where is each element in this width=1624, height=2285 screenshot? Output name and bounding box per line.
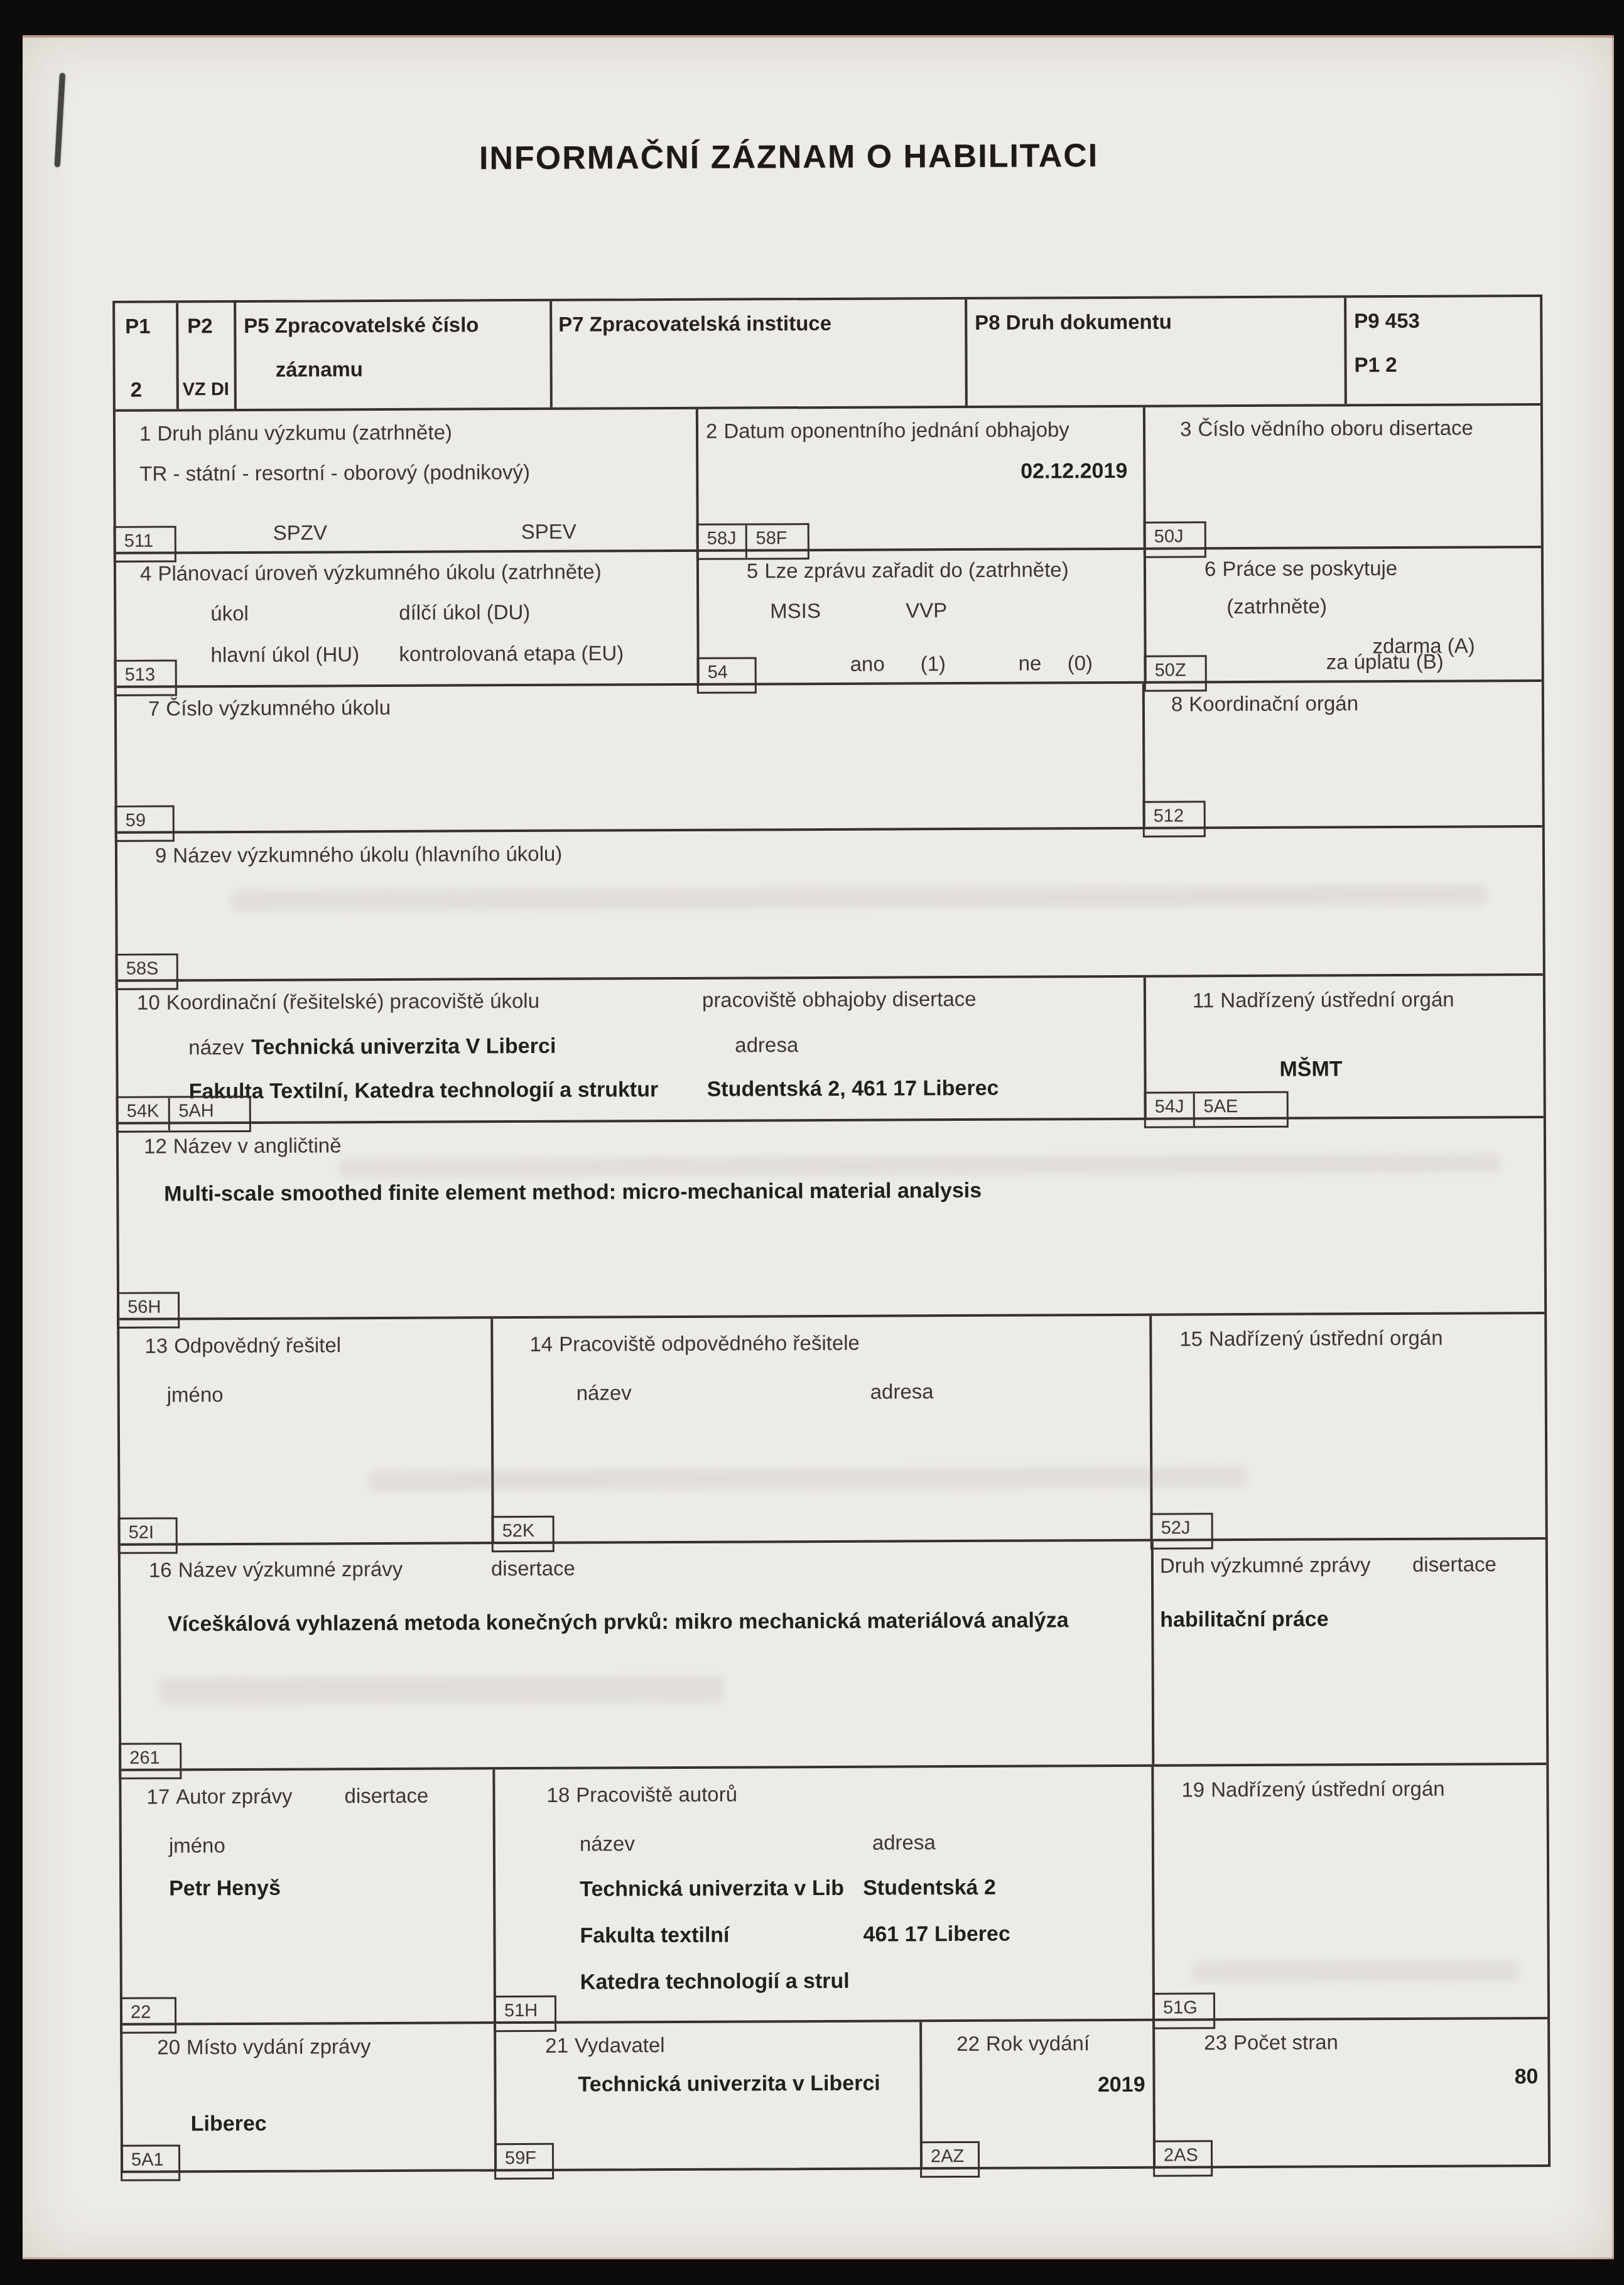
field-21-value: Technická univerzita v Liberci xyxy=(578,2072,880,2097)
field-5-ano-value: (1) xyxy=(921,652,946,676)
form-table: P1 2 P2 VZ DI P5 Zpracovatelské číslo zá… xyxy=(112,294,1551,2173)
field-5-ano-label: ano xyxy=(850,652,885,676)
field-23: 23Počet stran 80 2AS xyxy=(1155,2019,1548,2166)
field-6-number: 6 xyxy=(1204,557,1216,580)
header-cell-p7: P7 Zpracovatelská instituce xyxy=(552,300,968,408)
field-16-sublabel: disertace xyxy=(491,1557,575,1581)
field-17-label: Autor zprávy xyxy=(176,1785,292,1808)
field-10-number: 10 xyxy=(137,991,160,1014)
field-5-title: 5Lze zprávu zařadit do (zatrhněte) xyxy=(747,558,1069,583)
field-20-code-box: 5A1 xyxy=(121,2144,180,2181)
field-16-number: 16 xyxy=(149,1558,172,1581)
row-fields-7-8: 7Číslo výzkumného úkolu 59 8Koordinační … xyxy=(117,682,1542,834)
field-10-label: Koordinační (řešitelské) pracoviště úkol… xyxy=(166,989,539,1014)
field-18-adresa2-value: 461 17 Liberec xyxy=(863,1922,1010,1947)
field-12-number: 12 xyxy=(144,1135,167,1158)
field-1-opt-spev: SPEV xyxy=(521,520,577,544)
field-4-number: 4 xyxy=(140,562,152,585)
field-13: 13Odpovědný řešitel jméno 52I xyxy=(119,1319,494,1543)
field-5: 5Lze zprávu zařadit do (zatrhněte) MSIS … xyxy=(699,550,1147,683)
field-19-label: Nadřízený ústřední orgán xyxy=(1211,1777,1445,1802)
field-19: 19Nadřízený ústřední orgán 51G xyxy=(1154,1765,1547,2019)
bleed-through-mark xyxy=(368,1466,1247,1491)
field-6: 6Práce se poskytuje (zatrhněte) zdarma (… xyxy=(1146,548,1542,681)
p9-line1: P9 453 xyxy=(1354,309,1420,333)
field-20-code: 5A1 xyxy=(122,2149,173,2176)
header-cell-p2: P2 VZ DI xyxy=(178,303,237,409)
field-19-number: 19 xyxy=(1181,1778,1204,1801)
field-8: 8Koordinační orgán 512 xyxy=(1145,682,1542,827)
field-23-number: 23 xyxy=(1204,2031,1227,2054)
field-22-code: 2AZ xyxy=(922,2146,973,2173)
row-fields-10-11: 10Koordinační (řešitelské) pracoviště úk… xyxy=(118,976,1544,1125)
field-1-title: 1Druh plánu výzkumu (zatrhněte) xyxy=(139,421,452,446)
field-16: 16Název výzkumné zprávy disertace Vícešk… xyxy=(121,1542,1155,1769)
field-5-opt-vvp: VVP xyxy=(906,598,947,622)
field-3-number: 3 xyxy=(1180,417,1192,440)
field-18-adresa-label: adresa xyxy=(872,1830,936,1854)
field-5-ne-label: ne xyxy=(1019,651,1042,675)
field-21: 21Vydavatel Technická univerzita v Liber… xyxy=(496,2022,923,2169)
field-17-title: 17Autor zprávy xyxy=(146,1785,292,1809)
bleed-through-mark xyxy=(230,884,1486,911)
field-20-label: Místo vydání zprávy xyxy=(187,2034,371,2058)
field-17-jmeno-label: jméno xyxy=(169,1834,225,1857)
p9-line2: P1 2 xyxy=(1354,353,1397,377)
field-4: 4Plánovací úroveň výzkumného úkolu (zatr… xyxy=(116,552,700,686)
field-1-number: 1 xyxy=(139,422,151,445)
field-14-adresa-label: adresa xyxy=(870,1380,934,1403)
bleed-through-mark xyxy=(159,1675,724,1705)
field-18-nazev1-value: Technická univerzita v Lib xyxy=(580,1876,844,1902)
field-21-code-box: 59F xyxy=(494,2143,554,2180)
field-16-title: 16Název výzkumné zprávy xyxy=(149,1557,403,1582)
field-12-value: Multi-scale smoothed finite element meth… xyxy=(164,1179,982,1207)
field-22-label: Rok vydání xyxy=(986,2031,1090,2055)
field-5-ne-value: (0) xyxy=(1068,651,1093,675)
field-14-nazev-label: název xyxy=(577,1381,632,1405)
field-9: 9Název výzkumného úkolu (hlavního úkolu)… xyxy=(117,828,1543,980)
field-15-number: 15 xyxy=(1179,1327,1203,1350)
field-13-title: 13Odpovědný řešitel xyxy=(144,1333,341,1358)
field-18-nazev2-value: Fakulta textilní xyxy=(580,1923,729,1948)
field-2-label: Datum oponentního jednání obhajoby xyxy=(723,418,1069,442)
field-11-label: Nadřízený ústřední orgán xyxy=(1220,988,1454,1012)
field-6-title: 6Práce se poskytuje xyxy=(1204,556,1397,581)
field-21-number: 21 xyxy=(545,2034,568,2057)
field-4-opt-hu: hlavní úkol (HU) xyxy=(210,642,359,667)
row-fields-20-23: 20Místo vydání zprávy Liberec 5A1 21Vyda… xyxy=(122,2019,1548,2171)
field-10-title: 10Koordinační (řešitelské) pracoviště úk… xyxy=(137,989,539,1015)
field-11-number: 11 xyxy=(1193,988,1214,1012)
field-12: 12Název v angličtině Multi-scale smoothe… xyxy=(119,1118,1544,1318)
field-8-title: 8Koordinační orgán xyxy=(1171,691,1358,716)
p2-label: P2 xyxy=(187,314,213,338)
bleed-through-mark xyxy=(338,1153,1500,1177)
field-13-label: Odpovědný řešitel xyxy=(174,1333,341,1357)
field-16-right: Druh výzkumné zprávy disertace habilitač… xyxy=(1154,1540,1547,1764)
field-5-label: Lze zprávu zařadit do (zatrhněte) xyxy=(764,558,1068,582)
p5-label-line2: záznamu xyxy=(276,357,364,382)
header-cell-p5: P5 Zpracovatelské číslo záznamu xyxy=(236,301,553,409)
field-8-number: 8 xyxy=(1171,692,1183,715)
field-14-number: 14 xyxy=(529,1332,553,1356)
field-23-code: 2AS xyxy=(1155,2145,1207,2172)
page-title: INFORMAČNÍ ZÁZNAM O HABILITACI xyxy=(479,137,1099,177)
field-18-title: 18Pracoviště autorů xyxy=(546,1783,737,1807)
field-2-number: 2 xyxy=(706,419,718,443)
field-12-label: Název v angličtině xyxy=(173,1133,342,1157)
field-17: 17Autor zprávy disertace jméno Petr Heny… xyxy=(121,1769,496,2023)
field-1-options-line: TR - státní - resortní - oborový (podnik… xyxy=(139,460,530,486)
row-field-9: 9Název výzkumného úkolu (hlavního úkolu)… xyxy=(117,828,1543,982)
p7-label: P7 Zpracovatelská instituce xyxy=(558,311,831,337)
p1-label: P1 xyxy=(125,315,151,338)
field-20-title: 20Místo vydání zprávy xyxy=(157,2034,371,2059)
field-21-code: 59F xyxy=(496,2147,545,2174)
row-field-12: 12Název v angličtině Multi-scale smoothe… xyxy=(119,1118,1544,1321)
field-4-label: Plánovací úroveň výzkumného úkolu (zatrh… xyxy=(158,559,601,585)
field-10-nazev-value: Technická univerzita V Liberci xyxy=(251,1034,556,1060)
p2-value: VZ DI xyxy=(183,379,229,400)
field-7-label: Číslo výzkumného úkolu xyxy=(166,696,391,720)
field-2-title: 2Datum oponentního jednání obhajoby xyxy=(706,418,1069,443)
field-22-number: 22 xyxy=(956,2032,980,2055)
field-7-number: 7 xyxy=(148,697,160,720)
header-cell-p1: P1 2 xyxy=(115,303,179,409)
field-22: 22Rok vydání 2019 2AZ xyxy=(922,2021,1156,2168)
header-cell-p9: P9 453 P1 2 xyxy=(1346,297,1540,404)
field-13-number: 13 xyxy=(144,1334,168,1358)
field-11: 11Nadřízený ústřední orgán MŠMT 54J5AE xyxy=(1146,976,1544,1118)
field-21-title: 21Vydavatel xyxy=(545,2033,665,2058)
field-1-label: Druh plánu výzkumu (zatrhněte) xyxy=(157,421,452,445)
field-22-value: 2019 xyxy=(1098,2073,1145,2097)
row-fields-17-19: 17Autor zprávy disertace jméno Petr Heny… xyxy=(121,1765,1547,2026)
field-14-title: 14Pracoviště odpovědného řešitele xyxy=(529,1331,860,1356)
field-14-label: Pracoviště odpovědného řešitele xyxy=(559,1331,860,1356)
header-cell-p8: P8 Druh dokumentu xyxy=(967,298,1347,406)
field-16-label: Název výzkumné zprávy xyxy=(178,1557,403,1582)
field-17-sublabel: disertace xyxy=(344,1784,428,1808)
druh-zpravy-label: Druh výzkumné zprávy xyxy=(1160,1553,1371,1577)
field-10-adresa-label: adresa xyxy=(735,1033,798,1057)
field-7: 7Číslo výzkumného úkolu 59 xyxy=(117,684,1145,831)
field-10: 10Koordinační (řešitelské) pracoviště úk… xyxy=(118,978,1147,1122)
field-20-value: Liberec xyxy=(191,2112,267,2137)
field-3-title: 3Číslo vědního oboru disertace xyxy=(1180,416,1473,441)
p1-value: 2 xyxy=(131,378,143,402)
field-15-label: Nadřízený ústřední orgán xyxy=(1209,1326,1443,1351)
field-13-jmeno-label: jméno xyxy=(167,1383,224,1407)
field-22-code-box: 2AZ xyxy=(920,2141,980,2178)
field-11-value: MŠMT xyxy=(1279,1057,1342,1081)
field-9-number: 9 xyxy=(155,844,167,867)
field-14: 14Pracoviště odpovědného řešitele název … xyxy=(493,1316,1153,1542)
field-20-number: 20 xyxy=(157,2035,180,2058)
field-3-label: Číslo vědního oboru disertace xyxy=(1198,416,1473,440)
field-10-adresa-value: Studentská 2, 461 17 Liberec xyxy=(707,1076,999,1102)
field-6-label: Práce se poskytuje xyxy=(1222,556,1397,580)
druh-zpravy-sublabel: disertace xyxy=(1412,1552,1497,1577)
field-4-title: 4Plánovací úroveň výzkumného úkolu (zatr… xyxy=(140,559,602,585)
field-6-opt-uplatu: za úplatu (B) xyxy=(1326,650,1444,674)
field-23-code-box: 2AS xyxy=(1153,2140,1213,2176)
field-18: 18Pracoviště autorů název adresa Technic… xyxy=(495,1767,1155,2022)
field-18-number: 18 xyxy=(546,1783,570,1807)
field-18-nazev-label: název xyxy=(580,1832,635,1856)
field-22-title: 22Rok vydání xyxy=(956,2031,1090,2056)
field-7-title: 7Číslo výzkumného úkolu xyxy=(148,696,391,721)
field-4-opt-du: dílčí úkol (DU) xyxy=(399,600,530,625)
field-4-opt-ukol: úkol xyxy=(210,602,249,625)
field-5-number: 5 xyxy=(747,559,759,582)
row-fields-4-6: 4Plánovací úroveň výzkumného úkolu (zatr… xyxy=(116,548,1542,688)
scanned-form-page: INFORMAČNÍ ZÁZNAM O HABILITACI P1 2 P2 V… xyxy=(23,35,1614,2259)
p8-label: P8 Druh dokumentu xyxy=(975,310,1172,335)
field-5-opt-msis: MSIS xyxy=(770,599,821,623)
field-11-title: 11Nadřízený ústřední orgán xyxy=(1193,988,1454,1013)
field-9-label: Název výzkumného úkolu (hlavního úkolu) xyxy=(173,842,562,867)
field-18-nazev3-value: Katedra technologií a strul xyxy=(580,1969,850,1995)
field-15: 15Nadřízený ústřední orgán 52J xyxy=(1152,1314,1546,1539)
field-2-value: 02.12.2019 xyxy=(1020,459,1127,484)
row-field-16: 16Název výzkumné zprávy disertace Vícešk… xyxy=(121,1540,1547,1771)
sheet-content: INFORMAČNÍ ZÁZNAM O HABILITACI P1 2 P2 V… xyxy=(18,31,1618,2262)
header-row: P1 2 P2 VZ DI P5 Zpracovatelské číslo zá… xyxy=(115,297,1540,412)
field-17-value: Petr Henyš xyxy=(169,1876,281,1901)
field-8-label: Koordinační orgán xyxy=(1189,691,1358,715)
field-17-number: 17 xyxy=(146,1785,170,1808)
field-10-sublabel: pracoviště obhajoby disertace xyxy=(702,987,977,1012)
field-19-title: 19Nadřízený ústřední orgán xyxy=(1181,1777,1444,1802)
field-15-title: 15Nadřízený ústřední orgán xyxy=(1179,1326,1443,1351)
field-3: 3Číslo vědního oboru disertace 50J xyxy=(1145,406,1541,548)
pen-mark xyxy=(55,73,65,167)
field-12-title: 12Název v angličtině xyxy=(144,1133,342,1158)
field-16-value: Víceškálová vyhlazená metoda konečných p… xyxy=(168,1608,1069,1636)
druh-zpravy-value: habilitační práce xyxy=(1160,1607,1328,1632)
field-23-label: Počet stran xyxy=(1233,2030,1338,2054)
field-1: 1Druh plánu výzkumu (zatrhněte) TR - stá… xyxy=(116,409,699,552)
field-20: 20Místo vydání zprávy Liberec 5A1 xyxy=(122,2024,497,2171)
field-2: 2Datum oponentního jednání obhajoby 02.1… xyxy=(698,408,1146,549)
field-6-label-line2: (zatrhněte) xyxy=(1226,594,1327,619)
field-1-opt-spzv: SPZV xyxy=(273,521,327,544)
bleed-through-mark xyxy=(1193,1960,1519,1982)
field-10-nazev-label: název xyxy=(188,1035,244,1059)
field-10-fakulta-value: Fakulta Textilní, Katedra technologií a … xyxy=(189,1078,659,1104)
row-fields-13-15: 13Odpovědný řešitel jméno 52I 14Pracoviš… xyxy=(119,1314,1546,1546)
field-18-adresa1-value: Studentská 2 xyxy=(863,1876,996,1901)
field-21-label: Vydavatel xyxy=(575,2033,665,2057)
field-18-label: Pracoviště autorů xyxy=(576,1783,737,1807)
field-9-title: 9Název výzkumného úkolu (hlavního úkolu) xyxy=(155,842,563,868)
field-23-title: 23Počet stran xyxy=(1204,2030,1338,2055)
row-fields-1-3: 1Druh plánu výzkumu (zatrhněte) TR - stá… xyxy=(116,406,1541,554)
p5-label: P5 Zpracovatelské číslo xyxy=(244,313,479,338)
field-23-value: 80 xyxy=(1515,2065,1539,2089)
field-4-opt-eu: kontrolovaná etapa (EU) xyxy=(399,641,624,666)
